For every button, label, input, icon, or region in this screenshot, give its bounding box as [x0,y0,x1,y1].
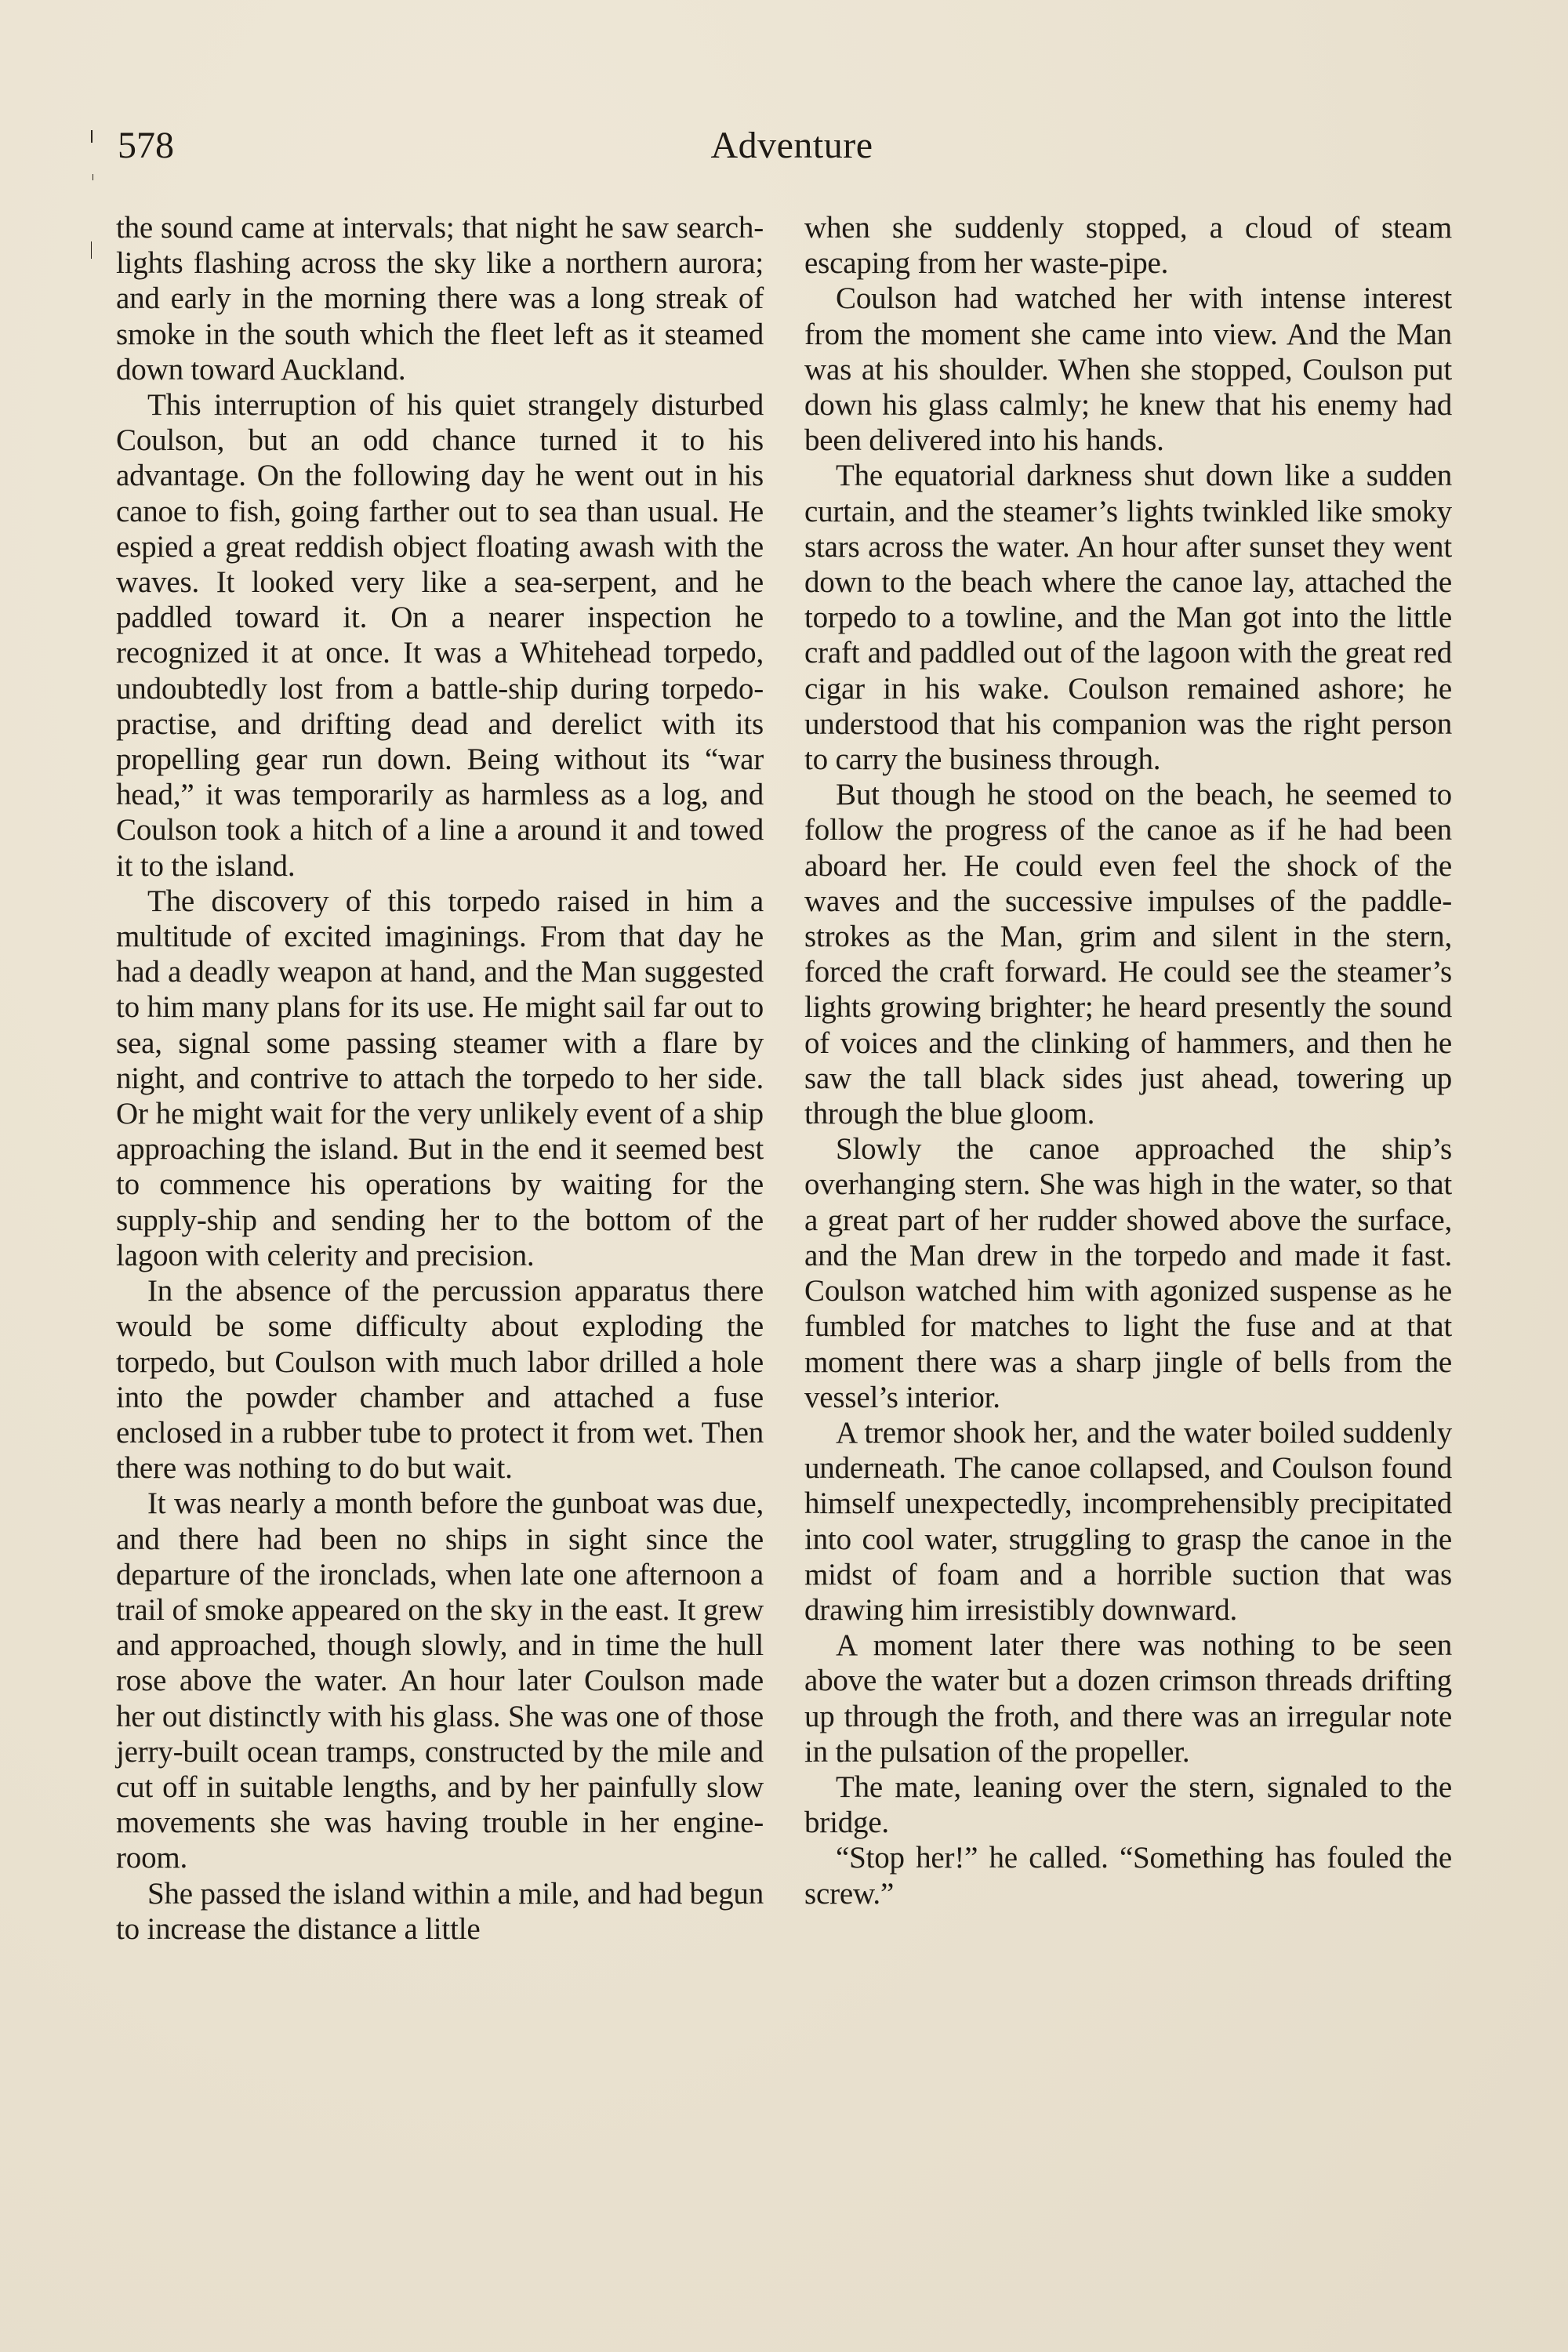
margin-mark [91,130,93,143]
paragraph: But though he stood on the beach, he see… [804,777,1452,1131]
paragraph: She passed the island within a mile, and… [116,1876,764,1947]
paragraph: Slowly the canoe approached the ship’s o… [804,1131,1452,1415]
paragraph: In the absence of the percussion apparat… [116,1273,764,1486]
paragraph: when she suddenly stopped, a cloud of st… [804,210,1452,281]
paragraph: The equatorial darkness shut down like a… [804,458,1452,777]
paragraph: A moment later there was nothing to be s… [804,1628,1452,1769]
margin-mark [91,241,92,259]
paragraph: It was nearly a month before the gunboat… [116,1486,764,1875]
paragraph: This interruption of his quiet strangely… [116,387,764,884]
margin-mark [93,174,93,180]
paragraph: The discovery of this torpedo raised in … [116,884,764,1273]
paragraph: the sound came at intervals; that night … [116,210,764,387]
right-column: when she suddenly stopped, a cloud of st… [804,210,1452,1911]
paragraph: Coulson had watched her with intense int… [804,281,1452,458]
page-header: 578 Adventure [118,118,1466,180]
paragraph: A tremor shook her, and the water boiled… [804,1415,1452,1628]
left-column: the sound came at intervals; that night … [116,210,764,1947]
paragraph: The mate, leaning over the stern, signal… [804,1769,1452,1840]
paragraph: “Stop her!” he called. “Something has fo… [804,1840,1452,1911]
running-title: Adventure [118,124,1466,168]
